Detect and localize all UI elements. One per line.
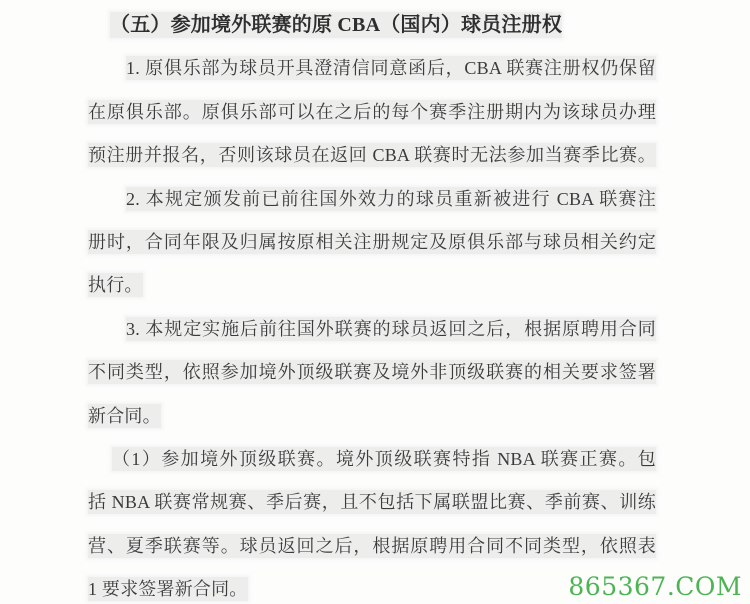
paragraph-1-line-2: 在原俱乐部。原俱乐部可以在之后的每个赛季注册期内为该球员办理 bbox=[88, 91, 656, 134]
paragraph-text: （1）参加境外顶级联赛。境外顶级联赛特指 NBA 联赛正赛。包 bbox=[112, 447, 656, 471]
paragraph-text: 不同类型，依照参加境外顶级联赛及境外非顶级联赛的相关要求签署 bbox=[88, 360, 656, 384]
paragraph-2-line-3: 执行。 bbox=[88, 264, 656, 307]
paragraph-4-line-2: 括 NBA 联赛常规赛、季后赛，且不包括下属联盟比赛、季前赛、训练 bbox=[88, 481, 656, 524]
paragraph-text: 括 NBA 联赛常规赛、季后赛，且不包括下属联盟比赛、季前赛、训练 bbox=[88, 490, 656, 514]
paragraph-text: 新合同。 bbox=[88, 404, 161, 428]
document-body: （五）参加境外联赛的原 CBA（国内）球员注册权 1. 原俱乐部为球员开具澄清信… bbox=[88, 4, 656, 604]
paragraph-3-line-3: 新合同。 bbox=[88, 395, 656, 438]
paragraph-2-line-1: 2. 本规定颁发前已前往国外效力的球员重新被进行 CBA 联赛注 bbox=[88, 178, 656, 221]
paragraph-1-line-3: 预注册并报名，否则该球员在返回 CBA 联赛时无法参加当赛季比赛。 bbox=[88, 134, 656, 177]
paragraph-text: 2. 本规定颁发前已前往国外效力的球员重新被进行 CBA 联赛注 bbox=[126, 187, 656, 211]
paragraph-4-line-1: （1）参加境外顶级联赛。境外顶级联赛特指 NBA 联赛正赛。包 bbox=[88, 438, 656, 481]
watermark: 865367.COM bbox=[568, 572, 742, 601]
paragraph-text: 营、夏季联赛等。球员返回之后，根据原聘用合同不同类型，依照表 bbox=[88, 534, 656, 558]
paragraph-1-line-1: 1. 原俱乐部为球员开具澄清信同意函后，CBA 联赛注册权仍保留 bbox=[88, 47, 656, 90]
section-heading: （五）参加境外联赛的原 CBA（国内）球员注册权 bbox=[88, 4, 656, 47]
paragraph-text: 册时，合同年限及归属按原相关注册规定及原俱乐部与球员相关约定 bbox=[88, 230, 656, 254]
paragraph-text: 3. 本规定实施后前往国外联赛的球员返回之后，根据原聘用合同 bbox=[126, 317, 656, 341]
section-heading-text: （五）参加境外联赛的原 CBA（国内）球员注册权 bbox=[110, 12, 562, 38]
paragraph-2-line-2: 册时，合同年限及归属按原相关注册规定及原俱乐部与球员相关约定 bbox=[88, 221, 656, 264]
paragraph-text: 1. 原俱乐部为球员开具澄清信同意函后，CBA 联赛注册权仍保留 bbox=[126, 56, 656, 80]
paragraph-3-line-2: 不同类型，依照参加境外顶级联赛及境外非顶级联赛的相关要求签署 bbox=[88, 351, 656, 394]
document-page: （五）参加境外联赛的原 CBA（国内）球员注册权 1. 原俱乐部为球员开具澄清信… bbox=[0, 0, 750, 604]
paragraph-4-line-3: 营、夏季联赛等。球员返回之后，根据原聘用合同不同类型，依照表 bbox=[88, 525, 656, 568]
paragraph-text: 在原俱乐部。原俱乐部可以在之后的每个赛季注册期内为该球员办理 bbox=[88, 100, 656, 124]
paragraph-text: 执行。 bbox=[88, 273, 143, 297]
paragraph-text: 预注册并报名，否则该球员在返回 CBA 联赛时无法参加当赛季比赛。 bbox=[88, 143, 656, 167]
paragraph-3-line-1: 3. 本规定实施后前往国外联赛的球员返回之后，根据原聘用合同 bbox=[88, 308, 656, 351]
paragraph-text: 1 要求签署新合同。 bbox=[88, 577, 248, 601]
